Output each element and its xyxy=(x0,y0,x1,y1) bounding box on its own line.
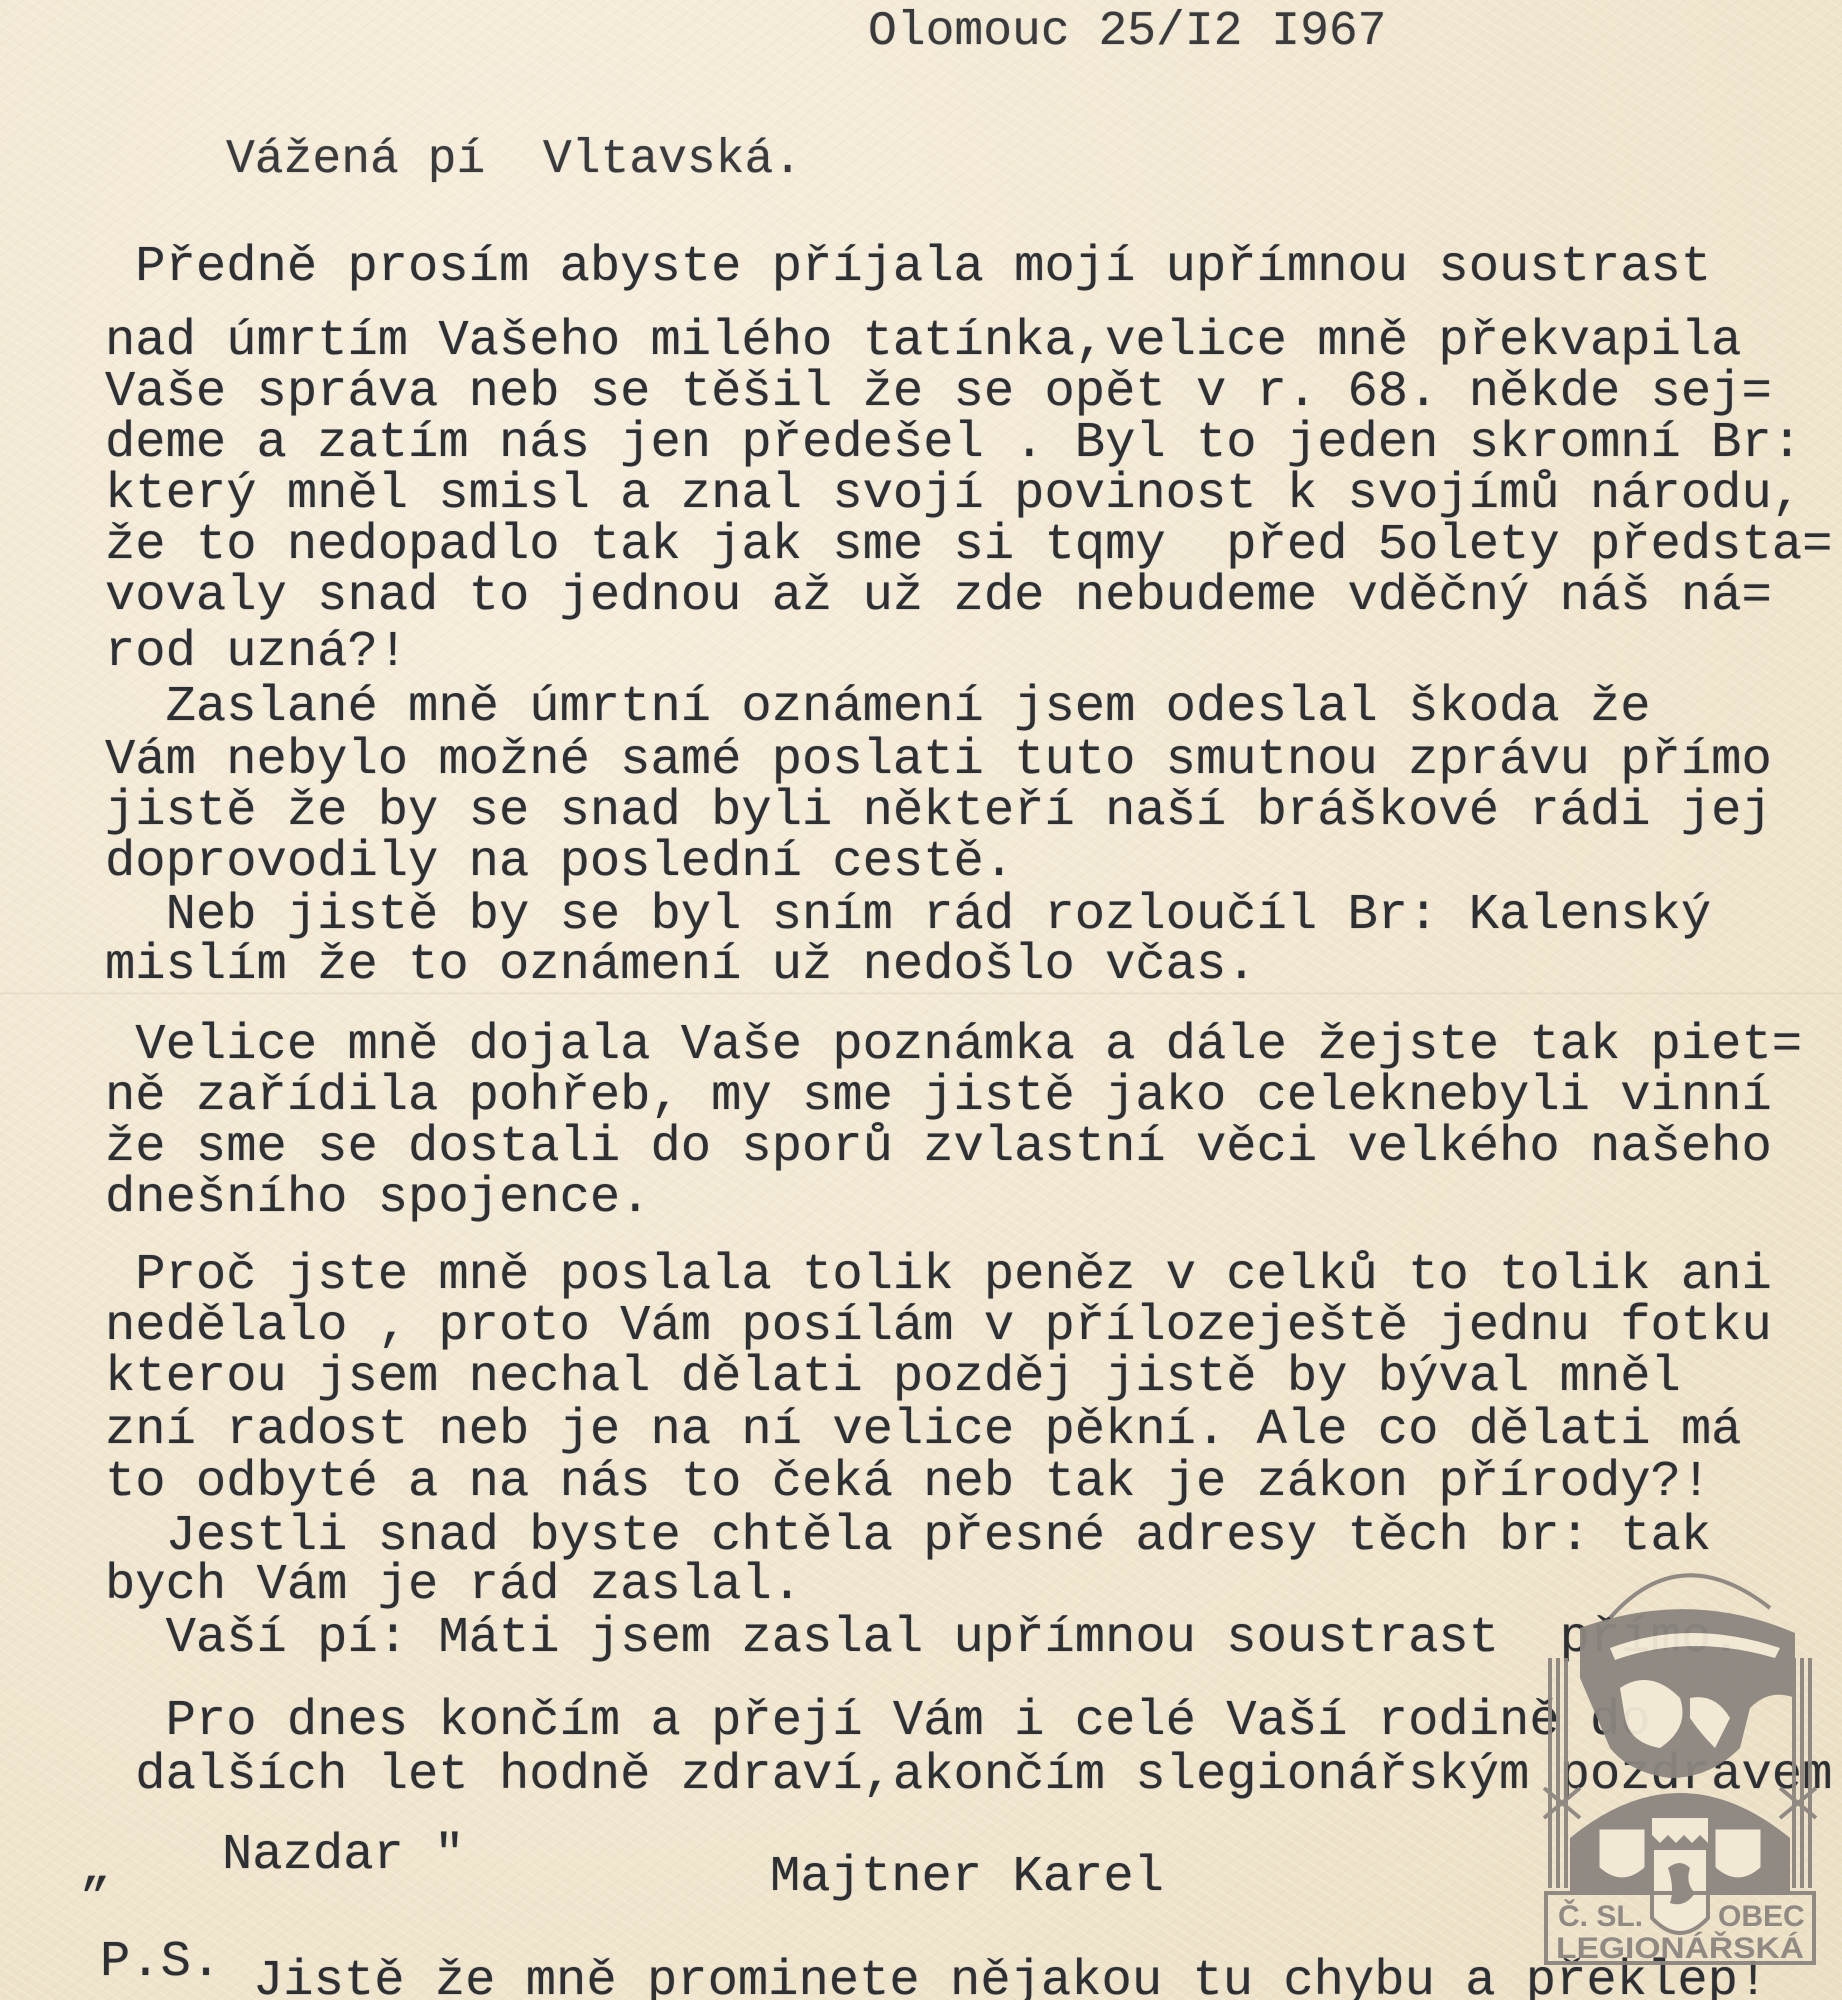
watermark-text-csl: Č. SL. xyxy=(1558,1899,1643,1933)
letter-line: že to nedopadlo tak jak sme si tqmy před… xyxy=(105,521,1832,572)
letter-line: bych Vám je rád zaslal. xyxy=(105,1561,802,1612)
letter-line: Velice mně dojala Vaše poznámka a dále ž… xyxy=(105,1021,1802,1072)
letter-line: nad úmrtím Vašeho milého tatínka,velice … xyxy=(105,317,1741,368)
letter-line: kterou jsem nechal dělati pozděj jistě b… xyxy=(105,1353,1681,1404)
watermark-text-legionarska: LEGIONÁŘSKÁ xyxy=(1556,1931,1804,1965)
letter-line: Vaší pí: Máti jsem zaslal upřímnou soust… xyxy=(105,1614,1741,1665)
letter-line: Předně prosím abyste příjala mojí upřímn… xyxy=(105,243,1711,294)
letter-line: Jestli snad byste chtěla přesné adresy t… xyxy=(105,1512,1711,1563)
letter-line: ně zařídila pohřeb, my sme jistě jako ce… xyxy=(105,1072,1772,1123)
letter-line: Neb jistě by se byl sním rád rozloučíl B… xyxy=(105,891,1711,942)
letter-line: dnešního spojence. xyxy=(105,1174,651,1225)
place-and-date: Olomouc 25/I2 I967 xyxy=(868,8,1386,56)
letter-line: Pro dnes končím a přejí Vám i celé Vaší … xyxy=(105,1697,1651,1748)
greeting: Vážená pí Vltavská. xyxy=(226,136,802,184)
letter-line: vovaly snad to jednou až už zde nebudeme… xyxy=(105,572,1772,623)
letter-line: to odbyté a na nás to čeká neb tak je zá… xyxy=(105,1458,1711,1509)
letter-line: Proč jste mně poslala tolik peněz v celk… xyxy=(105,1251,1772,1302)
salutation-nazdar: Nazdar " xyxy=(222,1831,464,1882)
letter-line: nedělalo , proto Vám posílám v přílozeje… xyxy=(105,1302,1772,1353)
letter-line: Zaslané mně úmrtní oznámení jsem odeslal… xyxy=(105,683,1651,734)
letter-line: zní radost neb je na ní velice pěkní. Al… xyxy=(105,1406,1741,1457)
signature: Majtner Karel xyxy=(770,1853,1164,1904)
letter-line: který mněl smisl a znal svojí povinost k… xyxy=(105,470,1802,521)
opening-quote-mark: „ xyxy=(80,1845,110,1896)
letter-line: že sme se dostali do sporů zvlastní věci… xyxy=(105,1123,1772,1174)
postscript-label: P.S. xyxy=(100,1938,221,1989)
watermark-text-obec: OBEC xyxy=(1718,1900,1805,1933)
letter-line: rod uzná?! xyxy=(105,628,408,679)
legionnaire-emblem-icon: Č. SL. OBEC LEGIONÁŘSKÁ xyxy=(1540,1548,1820,1968)
letter-line: deme a zatím nás jen předešel . Byl to j… xyxy=(105,419,1802,470)
letter-line: Vám nebylo možné samé poslati tuto smutn… xyxy=(105,736,1772,787)
letter-line: doprovodily na poslední cestě. xyxy=(105,838,1014,889)
letter-line: Vaše správa neb se těšil že se opět v r.… xyxy=(105,368,1772,419)
letter-line: jistě že by se snad byli někteří naší br… xyxy=(105,787,1772,838)
letter-line: mislím že to oznámení už nedošlo včas. xyxy=(105,941,1257,992)
